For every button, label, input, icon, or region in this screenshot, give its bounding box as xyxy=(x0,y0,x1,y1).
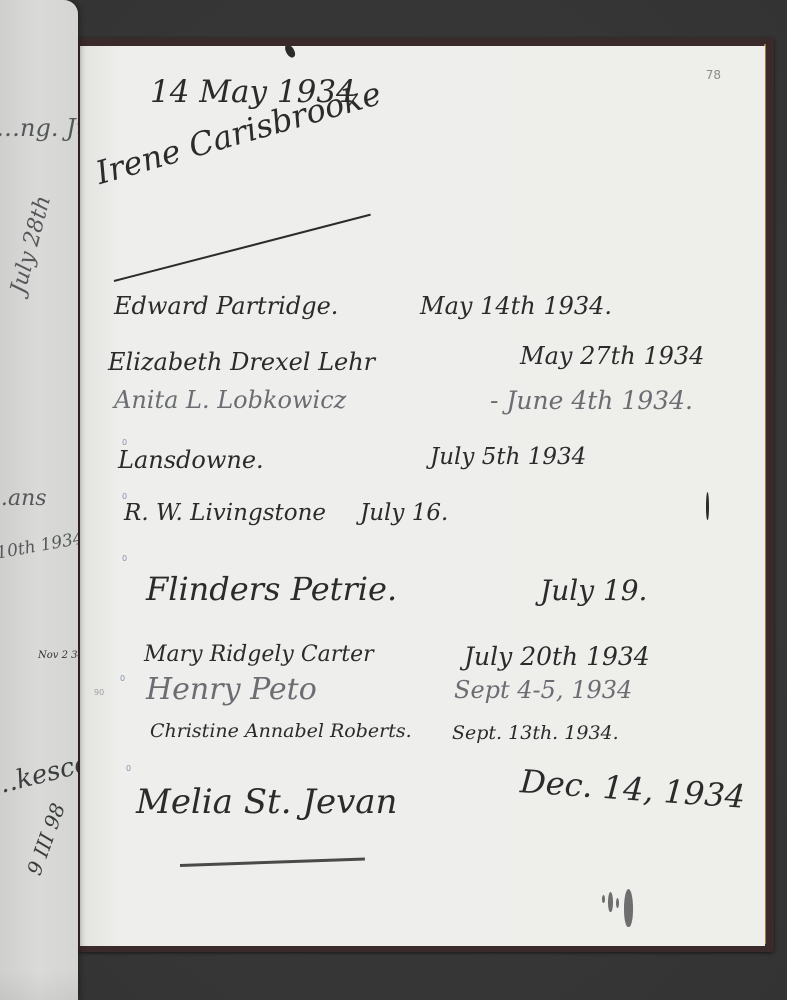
entry-name: Anita L. Lobkowicz xyxy=(114,386,346,414)
entry-date: May 14th 1934. xyxy=(420,292,612,320)
entry-name: Henry Peto xyxy=(146,672,317,707)
margin-mark: 90 xyxy=(94,688,104,697)
left-facing-page: …ng. June July 28th …ans 10th 1934 Nov 2… xyxy=(0,0,78,1000)
ink-mark xyxy=(283,46,297,59)
left-page-fragment: Nov 2 34 xyxy=(38,650,78,661)
left-page-fragment: 9 III 98 xyxy=(22,800,70,878)
left-page-fragment: …kesco xyxy=(0,748,78,801)
guestbook-page: 78 14 May 1934 Irene Carisbrooke Edward … xyxy=(80,46,765,946)
entry-date: Sept 4-5, 1934 xyxy=(454,676,632,704)
ink-blot xyxy=(602,895,605,903)
entry-date: July 20th 1934 xyxy=(464,642,650,671)
entry-date: July 5th 1934 xyxy=(430,444,586,470)
left-page-fragment: …ans xyxy=(0,486,47,511)
entry-name: Christine Annabel Roberts. xyxy=(150,720,412,742)
left-page-fragment: July 28th xyxy=(6,193,56,297)
entry-date: July 19. xyxy=(540,574,647,607)
signature-flourish xyxy=(180,858,365,867)
ink-blot xyxy=(624,889,633,927)
margin-mark: 0 xyxy=(120,674,125,683)
margin-mark: 0 xyxy=(122,554,127,563)
entry-date: Dec. 14, 1934 xyxy=(519,762,746,816)
entry-name: R. W. Livingstone xyxy=(124,500,326,526)
margin-mark: 0 xyxy=(122,492,127,501)
ink-blot xyxy=(608,892,613,912)
entry-date: July 16. xyxy=(360,500,448,526)
left-page-fragment: 10th 1934 xyxy=(0,529,78,564)
entry-date: May 27th 1934 xyxy=(520,342,704,370)
entry-name: Mary Ridgely Carter xyxy=(144,642,374,667)
entry-name: Edward Partridge. xyxy=(114,292,338,320)
left-page-fragment: …ng. June xyxy=(0,114,78,142)
margin-mark: 0 xyxy=(126,764,131,773)
entry-date: - June 4th 1934. xyxy=(490,386,693,415)
entry-date: Sept. 13th. 1934. xyxy=(452,722,619,744)
entry-name: Melia St. Jevan xyxy=(136,782,397,822)
page-number: 78 xyxy=(706,68,721,82)
entry-name: Flinders Petrie. xyxy=(146,570,397,608)
entry-name: Lansdowne. xyxy=(118,446,264,474)
page-shadow xyxy=(0,970,78,1000)
entry-name: Elizabeth Drexel Lehr xyxy=(108,348,375,376)
ink-blot xyxy=(616,898,619,908)
margin-mark: 0 xyxy=(122,438,127,447)
signature-underline xyxy=(114,214,371,282)
ink-mark xyxy=(706,492,709,520)
